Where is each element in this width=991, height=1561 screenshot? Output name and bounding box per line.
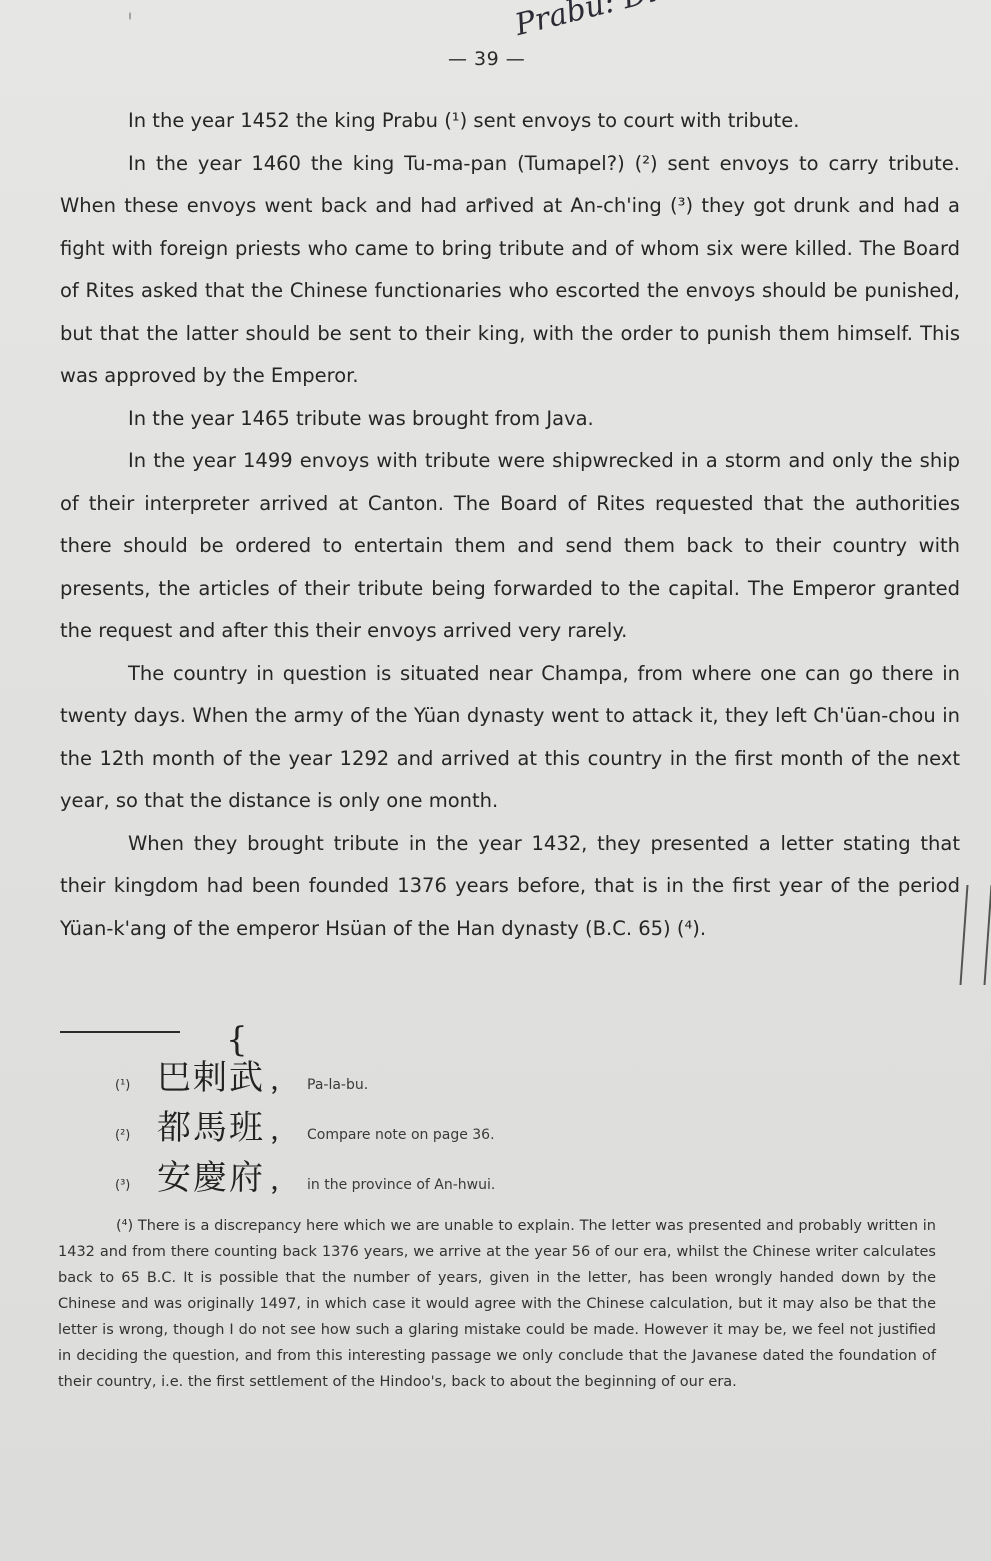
footnote-text: in the province of An-hwui. bbox=[307, 1177, 495, 1193]
footnote-comma: ， bbox=[271, 1065, 293, 1096]
footnote-list: (¹) 巴剌武 ， Pa-la-bu. (²) 都馬班 ， Compare no… bbox=[115, 1050, 935, 1200]
paragraph-country-location: The country in question is situated near… bbox=[60, 653, 960, 823]
handwritten-margin-mark bbox=[960, 885, 991, 985]
footnote-comma: ， bbox=[271, 1165, 293, 1196]
footnote-chinese-characters: 安慶府 bbox=[157, 1150, 265, 1199]
footnote-3: (³) 安慶府 ， in the province of An-hwui. bbox=[115, 1150, 935, 1200]
paragraph-1460: In the year 1460 the king Tu-ma-pan (Tum… bbox=[60, 143, 960, 398]
footnote-comma: ， bbox=[271, 1115, 293, 1146]
footnote-number: (³) bbox=[115, 1178, 157, 1193]
ink-speck bbox=[129, 12, 131, 20]
footnote-number: (²) bbox=[115, 1128, 157, 1143]
scanned-page: — 39 — Prabu: Dimuntur: In the year 1452… bbox=[0, 0, 991, 1561]
paragraph-1465: In the year 1465 tribute was brought fro… bbox=[60, 398, 960, 441]
handwritten-annotation: Prabu: Dimuntur: bbox=[512, 0, 780, 43]
footnote-chinese-characters: 都馬班 bbox=[157, 1100, 265, 1149]
footnote-2: (²) 都馬班 ， Compare note on page 36. bbox=[115, 1100, 935, 1150]
footnote-1: (¹) 巴剌武 ， Pa-la-bu. bbox=[115, 1050, 935, 1100]
footnote-divider bbox=[60, 1031, 180, 1033]
ink-speck bbox=[486, 198, 492, 204]
paragraph-1452: In the year 1452 the king Prabu (¹) sent… bbox=[60, 100, 960, 143]
paragraph-1499: In the year 1499 envoys with tribute wer… bbox=[60, 440, 960, 653]
footnote-text: Pa-la-bu. bbox=[307, 1077, 368, 1093]
paragraph-1432-letter: When they brought tribute in the year 14… bbox=[60, 823, 960, 951]
page-number: — 39 — bbox=[448, 48, 525, 70]
footnote-4: (⁴) There is a discrepancy here which we… bbox=[58, 1213, 936, 1395]
footnote-text: Compare note on page 36. bbox=[307, 1127, 495, 1143]
footnote-number: (¹) bbox=[115, 1078, 157, 1093]
main-text: In the year 1452 the king Prabu (¹) sent… bbox=[60, 100, 960, 950]
footnote-chinese-characters: 巴剌武 bbox=[157, 1050, 265, 1099]
